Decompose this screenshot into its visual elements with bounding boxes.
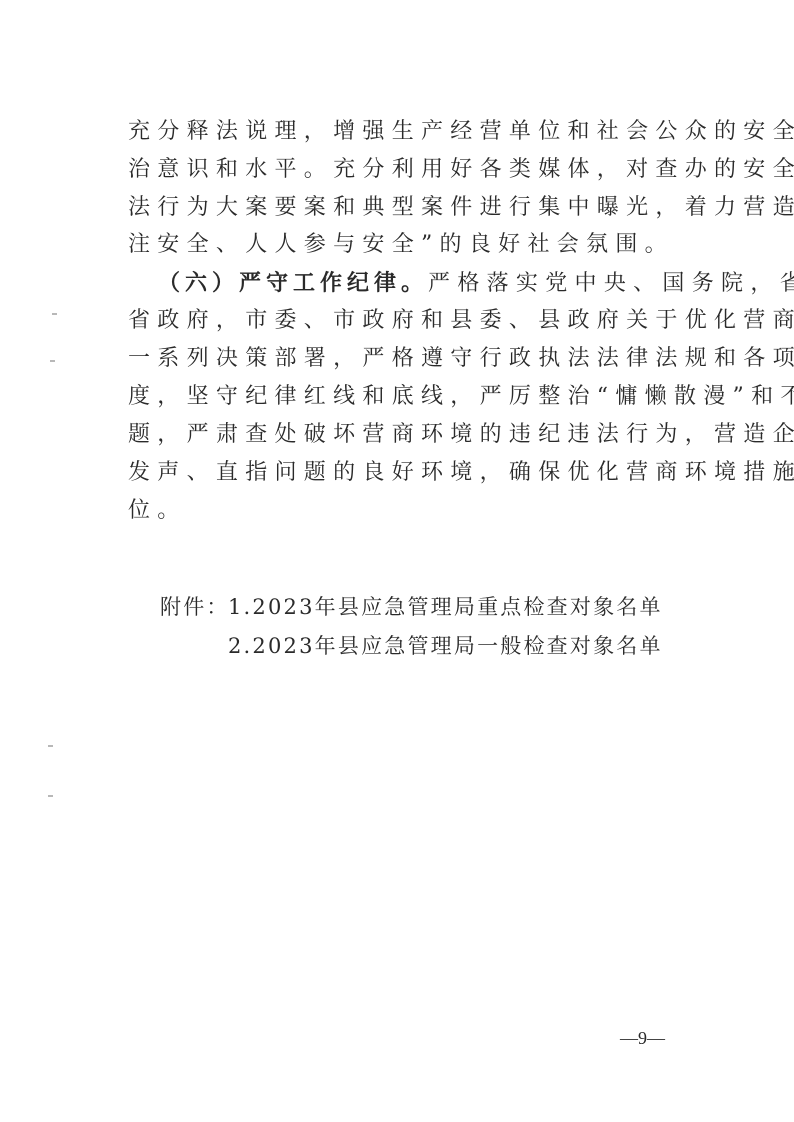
scan-artifact xyxy=(50,360,55,362)
paragraph-line: 发声、直指问题的良好环境，确保优化营商环境措施落实到 xyxy=(128,458,688,488)
paragraph-line: 省政府，市委、市政府和县委、县政府关于优化营商环境的 xyxy=(128,306,688,336)
attachment-item: 2.2023年县应急管理局一般检查对象名单 xyxy=(228,631,663,661)
paragraph-line: 注安全、人人参与安全”的良好社会氛围。 xyxy=(128,230,688,260)
page-number: —9— xyxy=(620,1028,665,1049)
paragraph-line: 一系列决策部署，严格遵守行政执法法律法规和各项规章制 xyxy=(128,344,688,374)
scan-artifact xyxy=(52,313,57,315)
scan-artifact xyxy=(48,795,53,797)
document-page: 充分释法说理，增强生产经营单位和社会公众的安全生产法 治意识和水平。充分利用好各… xyxy=(0,0,794,1122)
paragraph-line: 度，坚守纪律红线和底线，严厉整治“慵懒散漫”和不担当问 xyxy=(128,382,688,412)
paragraph-line: 题，严肃查处破坏营商环境的违纪违法行为，营造企业敢于 xyxy=(128,420,688,450)
scan-artifact xyxy=(48,745,53,747)
attachment-item: 1.2023年县应急管理局重点检查对象名单 xyxy=(228,592,663,622)
section-text: 严格落实党中央、国务院，省委、 xyxy=(428,271,794,296)
paragraph-line: 充分释法说理，增强生产经营单位和社会公众的安全生产法 xyxy=(128,117,688,147)
paragraph-line: 治意识和水平。充分利用好各类媒体，对查办的安全生产违 xyxy=(128,155,688,185)
paragraph-line: 法行为大案要案和典型案件进行集中曝光，着力营造“人人关 xyxy=(128,193,688,223)
section-six-first-line: （六）严守工作纪律。严格落实党中央、国务院，省委、 xyxy=(158,268,718,299)
attachments-label: 附件： xyxy=(160,592,230,622)
paragraph-line: 位。 xyxy=(128,496,688,526)
section-heading: （六）严守工作纪律。 xyxy=(158,270,428,296)
